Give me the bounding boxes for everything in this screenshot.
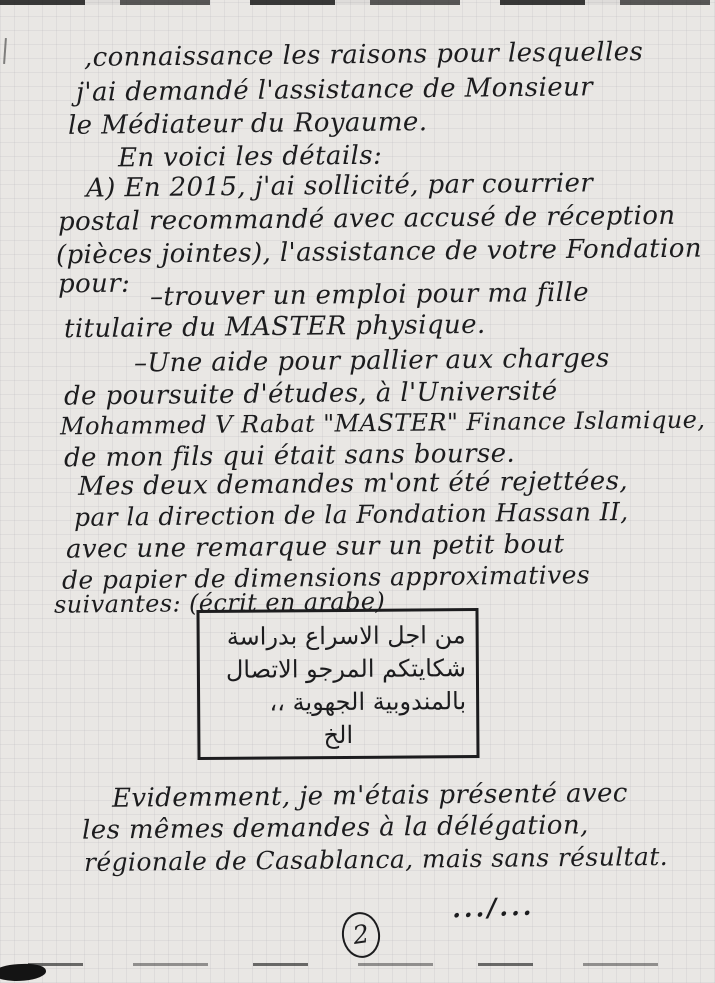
handwritten-line: pour: — [58, 269, 131, 300]
arabic-note-line: بالمندوبية الجهوية ،، — [210, 685, 466, 720]
continuation-mark: .../... — [452, 892, 535, 924]
handwritten-line: régionale de Casablanca, mais sans résul… — [84, 842, 668, 877]
handwritten-line: titulaire du MASTER physique. — [64, 310, 486, 344]
handwritten-line: postal recommandé avec accusé de récepti… — [58, 201, 676, 237]
handwritten-line: Mohammed V Rabat "MASTER" Finance Islami… — [60, 406, 706, 441]
arabic-note-box: من اجل الاسراع بدراسة شكايتكم المرجو الا… — [196, 608, 479, 760]
scanned-handwritten-letter-page: ,connaissance les raisons pour lesquelle… — [0, 0, 715, 983]
handwritten-line: En voici les détails: — [118, 141, 383, 174]
handwritten-line: par la direction de la Fondation Hassan … — [74, 497, 629, 532]
handwritten-line: ,connaissance les raisons pour lesquelle… — [84, 37, 643, 73]
scan-corner-smudge — [0, 962, 47, 983]
page-number: 2 — [339, 910, 383, 961]
handwritten-line: (pièces jointes), l'assistance de votre … — [56, 234, 702, 271]
handwritten-line: Evidemment, je m'étais présenté avec — [112, 778, 628, 813]
arabic-note-line: شكايتكم المرجو الاتصال — [210, 652, 466, 687]
handwritten-line: Mes deux demandes m'ont été rejettées, — [78, 466, 628, 502]
arabic-note-line: من اجل الاسراع بدراسة — [210, 619, 466, 654]
handwritten-line: j'ai demandé l'assistance de Monsieur — [76, 72, 593, 107]
handwritten-line: –Une aide pour pallier aux charges — [134, 344, 610, 379]
handwritten-line: les mêmes demandes à la délégation, — [82, 810, 589, 845]
handwritten-line: –trouver un emploi pour ma fille — [150, 278, 589, 313]
handwritten-line: avec une remarque sur un petit bout — [66, 529, 565, 564]
scan-left-edge-mark — [3, 38, 7, 64]
arabic-note-line: الخ — [210, 718, 466, 753]
handwritten-line: le Médiateur du Royaume. — [68, 107, 428, 141]
scan-top-edge-artifact — [0, 0, 715, 5]
handwritten-line: de poursuite d'études, à l'Université — [64, 376, 558, 411]
handwritten-line: A) En 2015, j'ai sollicité, par courrier — [86, 168, 593, 203]
scan-bottom-edge-artifact — [28, 963, 688, 966]
